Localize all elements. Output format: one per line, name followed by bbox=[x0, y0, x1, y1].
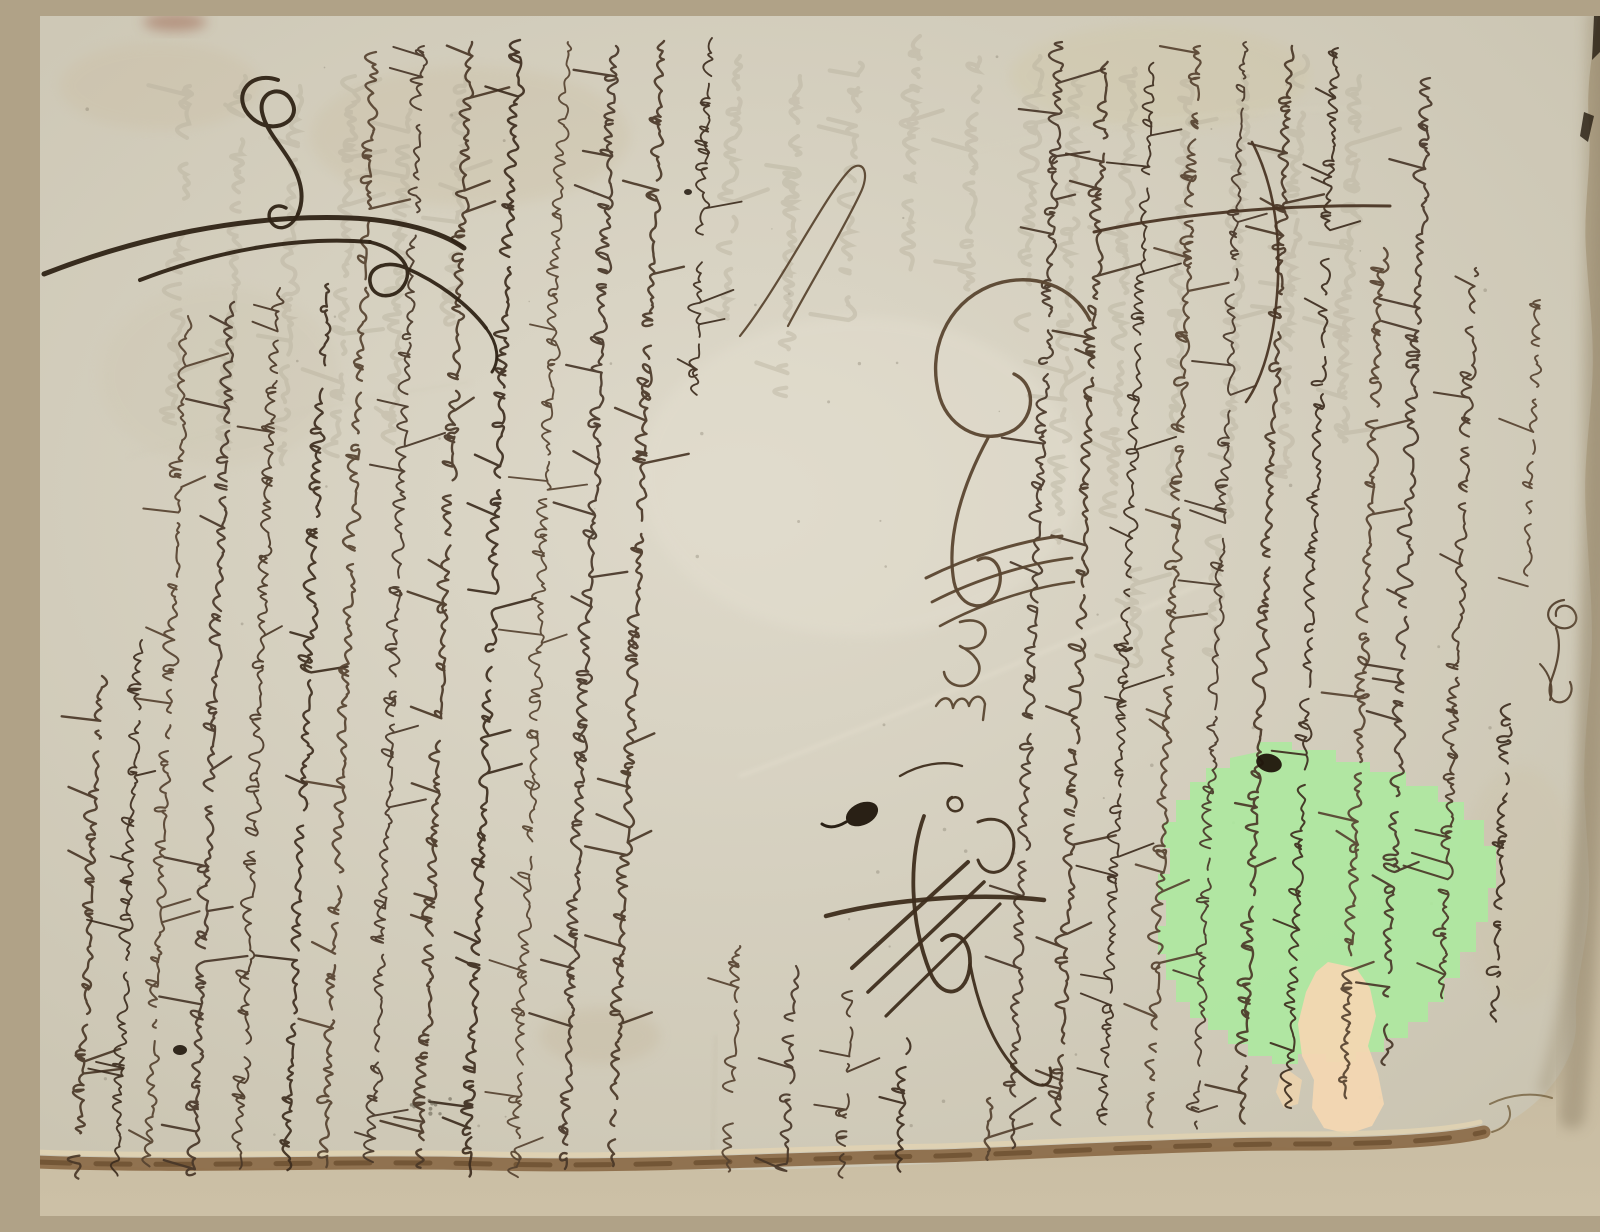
ink-blot-2 bbox=[173, 1045, 187, 1055]
manuscript-photo: Photograph of a bound 16th-century manus… bbox=[40, 16, 1600, 1216]
ink-blot-3 bbox=[684, 189, 692, 195]
manuscript-svg bbox=[40, 16, 1600, 1216]
manuscript-page bbox=[40, 16, 1598, 1179]
